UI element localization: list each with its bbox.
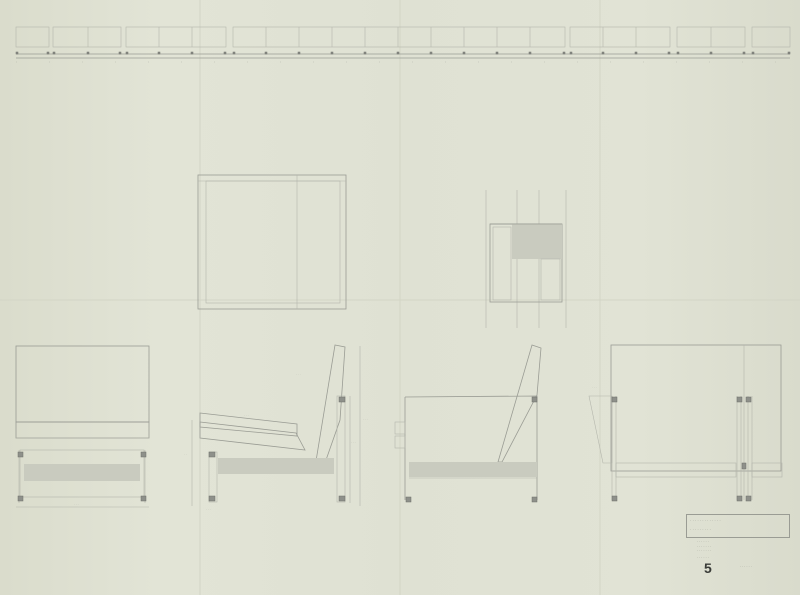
svg-text:· · ·: · · · — [74, 502, 79, 506]
front-elevation: · · · — [16, 346, 149, 507]
sheet-number: 5 — [704, 560, 712, 576]
svg-text:· · ·: · · · — [206, 507, 211, 511]
detail-section — [486, 190, 566, 328]
top-strip-view — [16, 27, 790, 62]
architect-line: · · · · · · — [697, 540, 709, 544]
rear-elevation: · · · — [589, 345, 782, 501]
side-section: · · · · · · · · · · · · · · · · · — [184, 345, 368, 511]
svg-text:· · ·: · · · — [363, 417, 368, 421]
svg-text:· · ·: · · · — [244, 413, 249, 417]
address-line: · · · · · · · — [697, 549, 711, 553]
svg-text:· ·: · · — [184, 452, 187, 456]
drawing-canvas: · · · · · · · · · · · · · · · · · · · · — [0, 0, 800, 595]
svg-text:· · ·: · · · — [296, 372, 301, 376]
svg-text:· · ·: · · · — [351, 440, 356, 444]
plan-view — [198, 175, 346, 309]
title-block-line: · · · · · · · · · — [690, 527, 711, 532]
side-elevation — [395, 345, 541, 502]
title-block-line: · · · · · · · · · · · · · — [690, 518, 721, 523]
date-line: · · · · · · — [740, 565, 752, 569]
drawing-sheet: · · · · · · · · · · · · · · · · · · · · — [0, 0, 800, 595]
title-block: · · · · · · · · · · · · · · · · · · · · … — [686, 514, 790, 538]
svg-text:· · ·: · · · — [592, 385, 597, 389]
